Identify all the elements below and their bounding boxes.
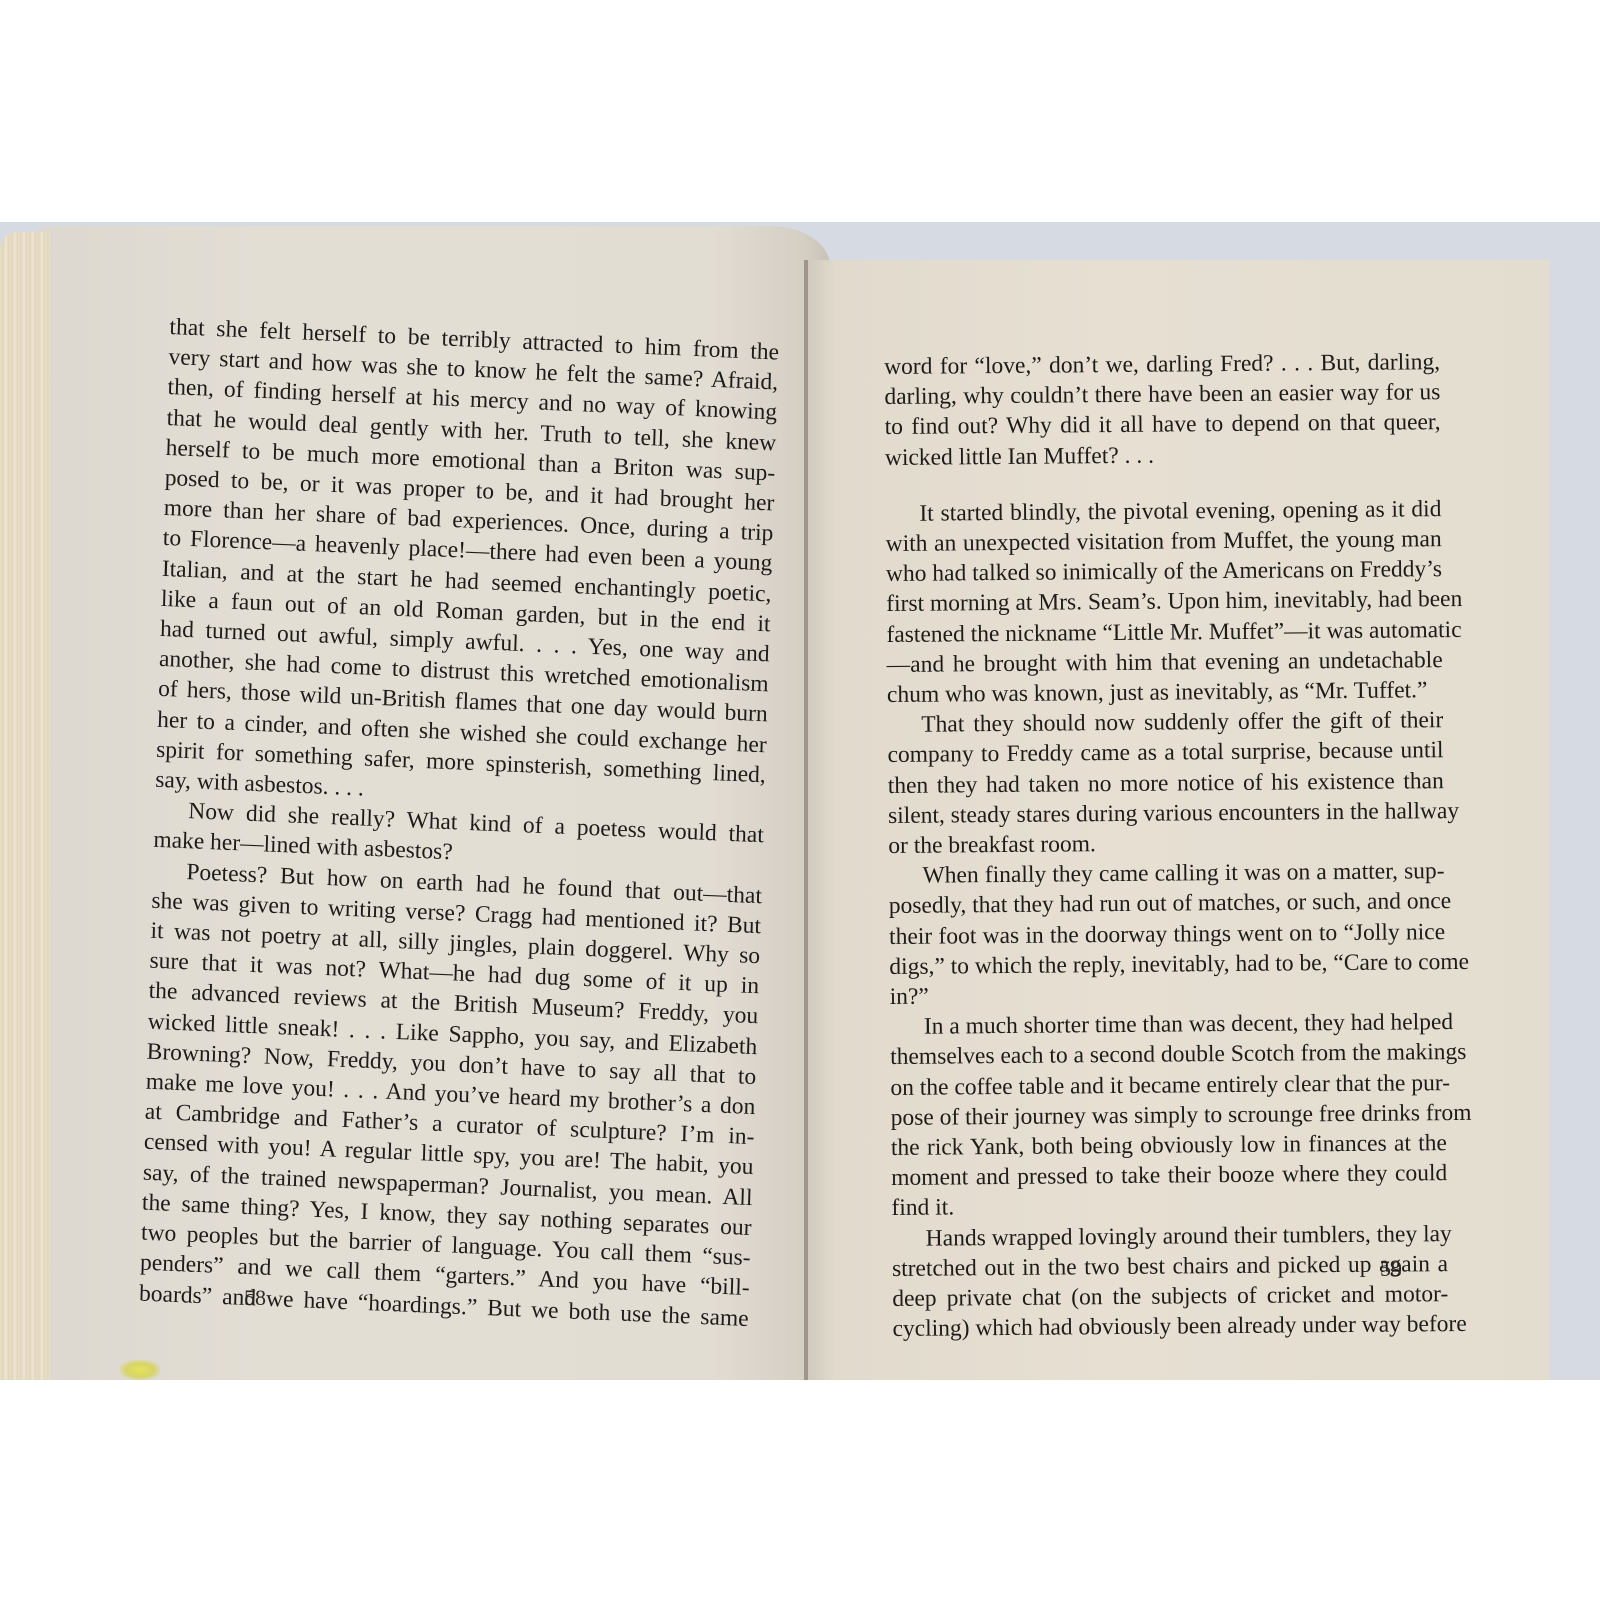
text-line: cycling) which had obviously been alread…: [892, 1309, 1448, 1344]
text-line: themselves each to a second double Scotc…: [890, 1038, 1446, 1073]
page-number-left: 58: [244, 1285, 266, 1311]
text-line: the rick Yank, both being obviously low …: [891, 1128, 1447, 1163]
text-line: That they should now suddenly offer the …: [887, 705, 1443, 740]
text-line: to find out? Why did it all have to depe…: [885, 408, 1441, 443]
text-line: find it.: [891, 1189, 1447, 1224]
page-number-right: 59: [1380, 1256, 1402, 1282]
text-line: then they had taken no more notice of hi…: [888, 766, 1444, 801]
text-line: chum who was known, just as inevitably, …: [887, 675, 1443, 710]
book-gutter: [804, 260, 808, 1380]
text-line: stretched out in the two best chairs and…: [892, 1249, 1448, 1284]
text-line: word for “love,” don’t we, darling Fred?…: [884, 347, 1440, 382]
text-line: digs,” to which the reply, inevitably, h…: [889, 947, 1445, 982]
text-line: Hands wrapped lovingly around their tumb…: [892, 1219, 1448, 1254]
text-line: pose of their journey was simply to scro…: [891, 1098, 1447, 1133]
text-line: fastened the nickname “Little Mr. Muffet…: [886, 615, 1442, 650]
yellow-smudge: [120, 1360, 160, 1380]
text-line: It started blindly, the pivotal evening,…: [885, 494, 1441, 529]
text-line: or the breakfast room.: [888, 826, 1444, 861]
left-page-text: that she felt herself to be terribly att…: [139, 312, 780, 1334]
text-line: deep private chat (on the subjects of cr…: [892, 1279, 1448, 1314]
text-line: —and he brought with him that evening an…: [887, 645, 1443, 680]
text-line: posedly, that they had run out of matche…: [889, 887, 1445, 922]
text-line: who had talked so inimically of the Amer…: [886, 554, 1442, 589]
page-edges-stack: [0, 232, 50, 1380]
text-line: first morning at Mrs. Seam’s. Upon him, …: [886, 585, 1442, 620]
right-page-text: word for “love,” don’t we, darling Fred?…: [884, 347, 1449, 1344]
text-line: with an unexpected visitation from Muffe…: [886, 524, 1442, 559]
text-line: their foot was in the doorway things wen…: [889, 917, 1445, 952]
text-line: In a much shorter time than was decent, …: [890, 1007, 1446, 1042]
text-line: When finally they came calling it was on…: [888, 856, 1444, 891]
text-line: moment and pressed to take their booze w…: [891, 1158, 1447, 1193]
text-line: in?”: [889, 977, 1445, 1012]
text-line: company to Freddy came as a total surpri…: [887, 736, 1443, 771]
text-line: wicked little Ian Muffet? . . .: [885, 438, 1441, 473]
text-line: on the coffee table and it became entire…: [890, 1068, 1446, 1103]
text-line: darling, why couldn’t there have been an…: [884, 377, 1440, 412]
text-line: silent, steady stares during various enc…: [888, 796, 1444, 831]
